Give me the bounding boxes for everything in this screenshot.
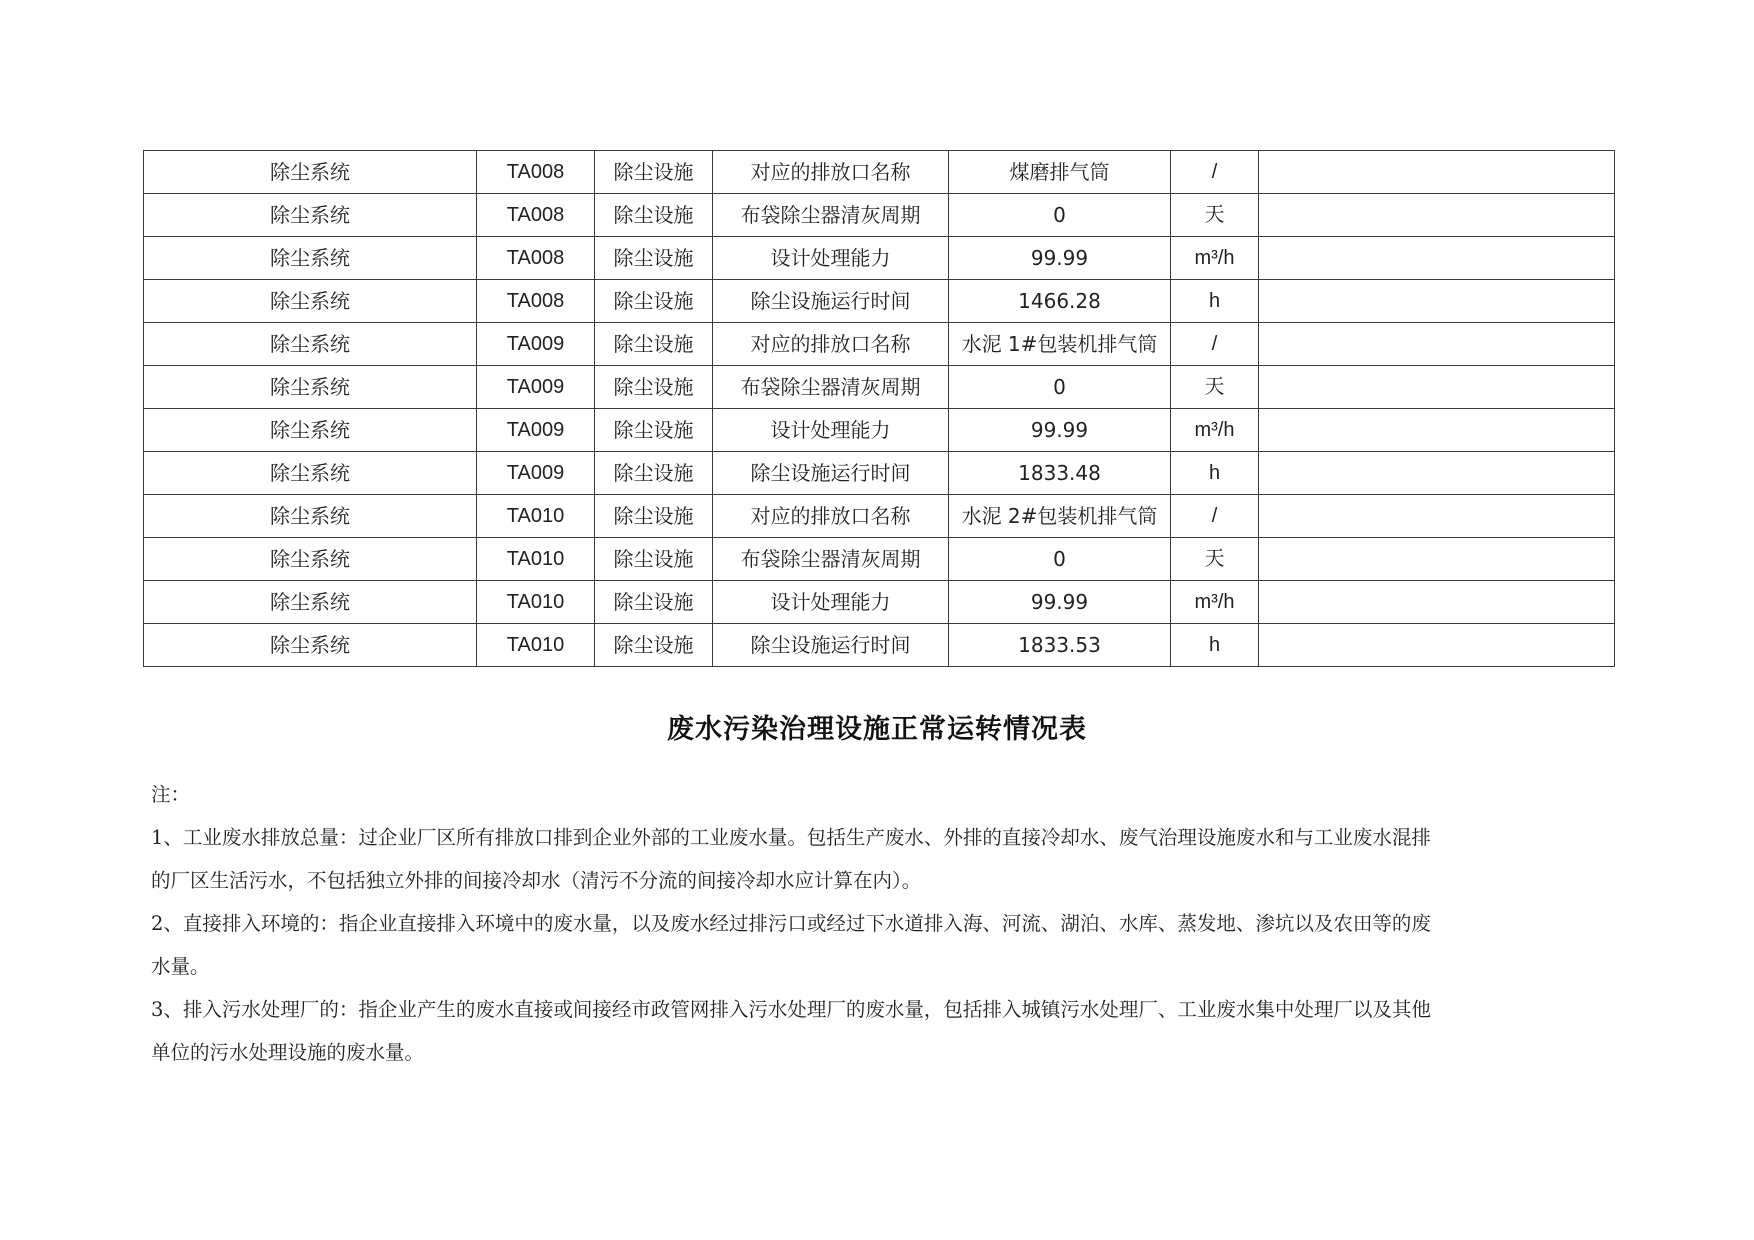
cell-unit: m³/h (1171, 409, 1259, 452)
document-page: 除尘系统TA008除尘设施对应的排放口名称煤磨排气筒/除尘系统TA008除尘设施… (0, 0, 1754, 1240)
note-1-line-1: 1、工业废水排放总量：过企业厂区所有排放口排到企业外部的工业废水量。包括生产废水… (151, 816, 1617, 859)
cell-value: 煤磨排气筒 (949, 151, 1171, 194)
cell-system: 除尘系统 (144, 452, 477, 495)
note-3-line-1: 3、排入污水处理厂的：指企业产生的废水直接或间接经市政管网排入污水处理厂的废水量… (151, 988, 1617, 1031)
cell-facility-type: 除尘设施 (595, 323, 713, 366)
cell-parameter: 除尘设施运行时间 (713, 452, 949, 495)
cell-system: 除尘系统 (144, 409, 477, 452)
cell-code: TA009 (477, 366, 595, 409)
cell-parameter: 对应的排放口名称 (713, 495, 949, 538)
cell-code: TA008 (477, 151, 595, 194)
cell-system: 除尘系统 (144, 538, 477, 581)
cell-value: 水泥 2#包装机排气筒 (949, 495, 1171, 538)
table-row: 除尘系统TA010除尘设施除尘设施运行时间1833.53h (144, 624, 1615, 667)
cell-parameter: 对应的排放口名称 (713, 323, 949, 366)
cell-unit: / (1171, 323, 1259, 366)
cell-code: TA009 (477, 323, 595, 366)
table-row: 除尘系统TA008除尘设施设计处理能力99.99m³/h (144, 237, 1615, 280)
note-2: 2、直接排入环境的：指企业直接排入环境中的废水量，以及废水经过排污口或经过下水道… (151, 902, 1617, 988)
cell-system: 除尘系统 (144, 624, 477, 667)
cell-remark (1259, 581, 1615, 624)
cell-remark (1259, 323, 1615, 366)
cell-value: 1466.28 (949, 280, 1171, 323)
cell-unit: m³/h (1171, 581, 1259, 624)
note-3: 3、排入污水处理厂的：指企业产生的废水直接或间接经市政管网排入污水处理厂的废水量… (151, 988, 1617, 1074)
table-row: 除尘系统TA010除尘设施设计处理能力99.99m³/h (144, 581, 1615, 624)
cell-unit: 天 (1171, 538, 1259, 581)
cell-code: TA008 (477, 280, 595, 323)
cell-code: TA010 (477, 624, 595, 667)
cell-unit: 天 (1171, 194, 1259, 237)
table-body: 除尘系统TA008除尘设施对应的排放口名称煤磨排气筒/除尘系统TA008除尘设施… (144, 151, 1615, 667)
cell-system: 除尘系统 (144, 194, 477, 237)
cell-parameter: 布袋除尘器清灰周期 (713, 538, 949, 581)
cell-code: TA008 (477, 194, 595, 237)
note-2-line-1: 2、直接排入环境的：指企业直接排入环境中的废水量，以及废水经过排污口或经过下水道… (151, 902, 1617, 945)
cell-facility-type: 除尘设施 (595, 538, 713, 581)
cell-system: 除尘系统 (144, 323, 477, 366)
cell-system: 除尘系统 (144, 237, 477, 280)
cell-remark (1259, 624, 1615, 667)
cell-value: 99.99 (949, 581, 1171, 624)
table-row: 除尘系统TA008除尘设施除尘设施运行时间1466.28h (144, 280, 1615, 323)
note-2-line-2: 水量。 (151, 945, 1617, 988)
table-row: 除尘系统TA008除尘设施对应的排放口名称煤磨排气筒/ (144, 151, 1615, 194)
cell-value: 0 (949, 538, 1171, 581)
cell-remark (1259, 452, 1615, 495)
cell-remark (1259, 280, 1615, 323)
table-row: 除尘系统TA009除尘设施布袋除尘器清灰周期0天 (144, 366, 1615, 409)
cell-code: TA010 (477, 495, 595, 538)
notes-heading: 注： (151, 773, 1617, 816)
cell-remark (1259, 538, 1615, 581)
cell-parameter: 除尘设施运行时间 (713, 280, 949, 323)
cell-system: 除尘系统 (144, 495, 477, 538)
cell-value: 99.99 (949, 237, 1171, 280)
table-row: 除尘系统TA010除尘设施布袋除尘器清灰周期0天 (144, 538, 1615, 581)
cell-system: 除尘系统 (144, 581, 477, 624)
cell-system: 除尘系统 (144, 151, 477, 194)
cell-remark (1259, 194, 1615, 237)
cell-facility-type: 除尘设施 (595, 366, 713, 409)
cell-unit: m³/h (1171, 237, 1259, 280)
cell-facility-type: 除尘设施 (595, 452, 713, 495)
cell-facility-type: 除尘设施 (595, 581, 713, 624)
cell-facility-type: 除尘设施 (595, 237, 713, 280)
cell-value: 0 (949, 366, 1171, 409)
cell-value: 1833.53 (949, 624, 1171, 667)
cell-facility-type: 除尘设施 (595, 280, 713, 323)
cell-parameter: 布袋除尘器清灰周期 (713, 194, 949, 237)
cell-remark (1259, 237, 1615, 280)
notes-block: 注： 1、工业废水排放总量：过企业厂区所有排放口排到企业外部的工业废水量。包括生… (151, 773, 1617, 1074)
cell-code: TA009 (477, 409, 595, 452)
cell-remark (1259, 409, 1615, 452)
cell-value: 0 (949, 194, 1171, 237)
cell-code: TA009 (477, 452, 595, 495)
table-row: 除尘系统TA008除尘设施布袋除尘器清灰周期0天 (144, 194, 1615, 237)
cell-unit: / (1171, 151, 1259, 194)
cell-unit: h (1171, 452, 1259, 495)
cell-facility-type: 除尘设施 (595, 409, 713, 452)
cell-parameter: 布袋除尘器清灰周期 (713, 366, 949, 409)
note-1: 1、工业废水排放总量：过企业厂区所有排放口排到企业外部的工业废水量。包括生产废水… (151, 816, 1617, 902)
dust-removal-facility-table: 除尘系统TA008除尘设施对应的排放口名称煤磨排气筒/除尘系统TA008除尘设施… (143, 150, 1615, 667)
cell-parameter: 设计处理能力 (713, 409, 949, 452)
cell-facility-type: 除尘设施 (595, 495, 713, 538)
cell-unit: / (1171, 495, 1259, 538)
cell-parameter: 对应的排放口名称 (713, 151, 949, 194)
cell-remark (1259, 495, 1615, 538)
note-3-line-2: 单位的污水处理设施的废水量。 (151, 1031, 1617, 1074)
cell-system: 除尘系统 (144, 366, 477, 409)
table-row: 除尘系统TA009除尘设施除尘设施运行时间1833.48h (144, 452, 1615, 495)
cell-code: TA008 (477, 237, 595, 280)
note-1-line-2: 的厂区生活污水，不包括独立外排的间接冷却水（清污不分流的间接冷却水应计算在内）。 (151, 859, 1617, 902)
cell-value: 1833.48 (949, 452, 1171, 495)
cell-parameter: 除尘设施运行时间 (713, 624, 949, 667)
cell-unit: h (1171, 624, 1259, 667)
cell-unit: 天 (1171, 366, 1259, 409)
cell-system: 除尘系统 (144, 280, 477, 323)
cell-parameter: 设计处理能力 (713, 237, 949, 280)
table-row: 除尘系统TA009除尘设施设计处理能力99.99m³/h (144, 409, 1615, 452)
cell-facility-type: 除尘设施 (595, 151, 713, 194)
cell-remark (1259, 151, 1615, 194)
section-title: 废水污染治理设施正常运转情况表 (0, 707, 1754, 746)
table-row: 除尘系统TA009除尘设施对应的排放口名称水泥 1#包装机排气筒/ (144, 323, 1615, 366)
cell-value: 99.99 (949, 409, 1171, 452)
cell-parameter: 设计处理能力 (713, 581, 949, 624)
cell-facility-type: 除尘设施 (595, 624, 713, 667)
cell-remark (1259, 366, 1615, 409)
cell-code: TA010 (477, 538, 595, 581)
table-row: 除尘系统TA010除尘设施对应的排放口名称水泥 2#包装机排气筒/ (144, 495, 1615, 538)
cell-unit: h (1171, 280, 1259, 323)
cell-value: 水泥 1#包装机排气筒 (949, 323, 1171, 366)
cell-code: TA010 (477, 581, 595, 624)
cell-facility-type: 除尘设施 (595, 194, 713, 237)
